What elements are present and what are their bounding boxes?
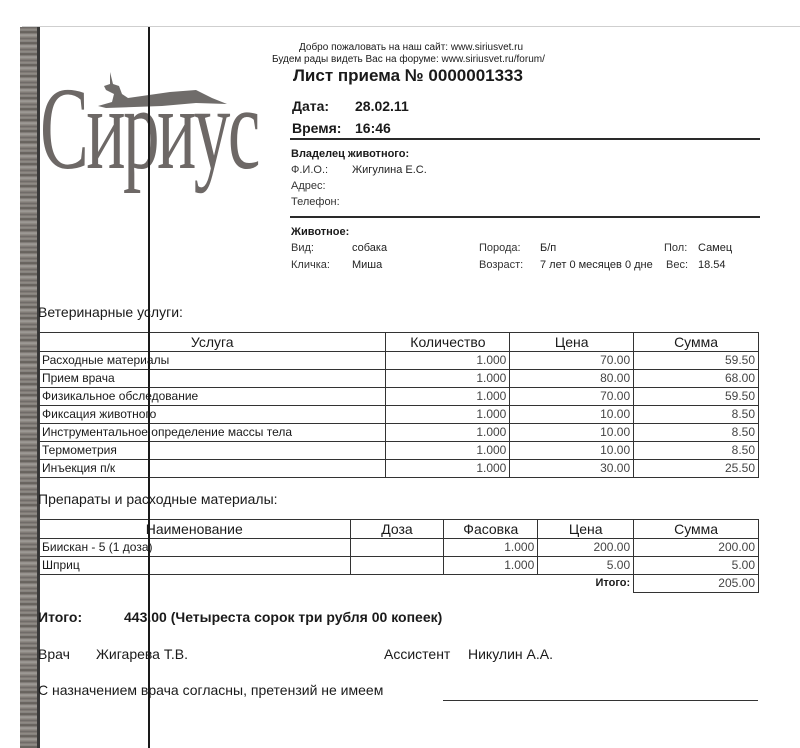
table-row: Инъекция п/к1.00030.0025.50 [39,460,759,478]
services-cell: 10.00 [510,442,634,460]
services-cell: 1.000 [386,370,510,388]
materials-header-cell: Цена [538,520,634,539]
table-row: Биискан - 5 (1 доза)1.000200.00200.00 [39,539,759,557]
services-cell: 1.000 [386,352,510,370]
services-cell: 10.00 [510,406,634,424]
materials-header-cell: Сумма [634,520,759,539]
services-cell: 1.000 [386,442,510,460]
date-label: Дата: [292,98,329,114]
scan-edge-artifact [20,27,40,748]
materials-header-cell: Наименование [39,520,351,539]
services-cell: 10.00 [510,424,634,442]
age-label: Возраст: [479,259,523,271]
services-cell: 30.00 [510,460,634,478]
materials-header-cell: Доза [350,520,444,539]
owner-address-label: Адрес: [291,180,326,192]
time-value: 16:46 [355,120,391,136]
services-header-cell: Цена [510,333,634,352]
subtotal-value: 205.00 [634,575,759,593]
services-cell: 8.50 [634,406,759,424]
species-label: Вид: [291,242,314,254]
materials-table: НаименованиеДозаФасовкаЦенаСумма Биискан… [38,519,759,593]
table-row: Фиксация животного1.00010.008.50 [39,406,759,424]
services-cell: 70.00 [510,388,634,406]
doctor-value: Жигарева Т.В. [96,646,188,662]
materials-cell [350,539,444,557]
services-cell: Инъекция п/к [39,460,386,478]
materials-cell: 5.00 [538,557,634,575]
pet-name-label: Кличка: [291,259,330,271]
owner-name-label: Ф.И.О.: [291,164,328,176]
animal-section-label: Животное: [291,226,349,238]
services-header-cell: Количество [386,333,510,352]
table-row: Расходные материалы1.00070.0059.50 [39,352,759,370]
subtotal-label: Итого: [538,575,634,593]
breed-value: Б/п [540,242,556,254]
services-header-cell: Услуга [39,333,386,352]
services-cell: Термометрия [39,442,386,460]
weight-label: Вес: [666,259,688,271]
divider [290,216,760,218]
forum-line: Будем рады видеть Вас на форуме: www.sir… [272,54,545,65]
grand-total-value: 443.00 (Четыреста сорок три рубля 00 коп… [124,609,442,625]
services-title: Ветеринарные услуги: [38,304,183,320]
owner-section-label: Владелец животного: [291,148,409,160]
materials-cell: 1.000 [444,557,538,575]
breed-label: Порода: [479,242,521,254]
age-value: 7 лет 0 месяцев 0 дне [540,259,653,271]
reception-sheet: Сириус Добро пожаловать на наш сайт: www… [0,0,800,748]
sex-value: Самец [698,242,732,254]
blank-cell [39,575,538,593]
assistant-label: Ассистент [384,646,450,662]
materials-title: Препараты и расходные материалы: [38,491,278,507]
table-row: Прием врача1.00080.0068.00 [39,370,759,388]
website-line: Добро пожаловать на наш сайт: www.sirius… [299,42,523,53]
services-cell: 80.00 [510,370,634,388]
services-cell: 59.50 [634,352,759,370]
table-row: Шприц1.0005.005.00 [39,557,759,575]
services-cell: Инструментальное определение массы тела [39,424,386,442]
materials-cell: 1.000 [444,539,538,557]
materials-cell [350,557,444,575]
signature-line [443,700,758,701]
services-cell: Прием врача [39,370,386,388]
subtotal-row: Итого:205.00 [39,575,759,593]
owner-name-value: Жигулина Е.С. [352,164,427,176]
pet-name-value: Миша [352,259,382,271]
scan-border-top [22,26,800,27]
services-cell: 8.50 [634,424,759,442]
table-row: Термометрия1.00010.008.50 [39,442,759,460]
page-title: Лист приема № 0000001333 [293,66,523,86]
services-cell: 68.00 [634,370,759,388]
services-cell: Физикальное обследование [39,388,386,406]
services-cell: 1.000 [386,388,510,406]
owner-phone-label: Телефон: [291,196,340,208]
services-cell: 1.000 [386,460,510,478]
time-label: Время: [292,120,341,136]
services-cell: Расходные материалы [39,352,386,370]
services-cell: 70.00 [510,352,634,370]
services-cell: 8.50 [634,442,759,460]
grand-total-label: Итого: [38,609,82,625]
assistant-value: Никулин А.А. [468,646,553,662]
date-value: 28.02.11 [355,98,409,114]
services-cell: 1.000 [386,424,510,442]
services-header-cell: Сумма [634,333,759,352]
materials-cell: Шприц [39,557,351,575]
materials-cell: 5.00 [634,557,759,575]
services-cell: 1.000 [386,406,510,424]
materials-cell: 200.00 [538,539,634,557]
weight-value: 18.54 [698,259,726,271]
agreement-text: С назначением врача согласны, претензий … [38,682,383,698]
materials-cell: Биискан - 5 (1 доза) [39,539,351,557]
table-row: Физикальное обследование1.00070.0059.50 [39,388,759,406]
table-row: Инструментальное определение массы тела1… [39,424,759,442]
materials-cell: 200.00 [634,539,759,557]
scan-line-artifact [148,27,150,748]
species-value: собака [352,242,387,254]
services-cell: Фиксация животного [39,406,386,424]
services-cell: 25.50 [634,460,759,478]
services-table: УслугаКоличествоЦенаСумма Расходные мате… [38,332,759,478]
doctor-label: Врач [38,646,70,662]
materials-header-cell: Фасовка [444,520,538,539]
sex-label: Пол: [664,242,687,254]
services-cell: 59.50 [634,388,759,406]
divider [290,138,760,140]
